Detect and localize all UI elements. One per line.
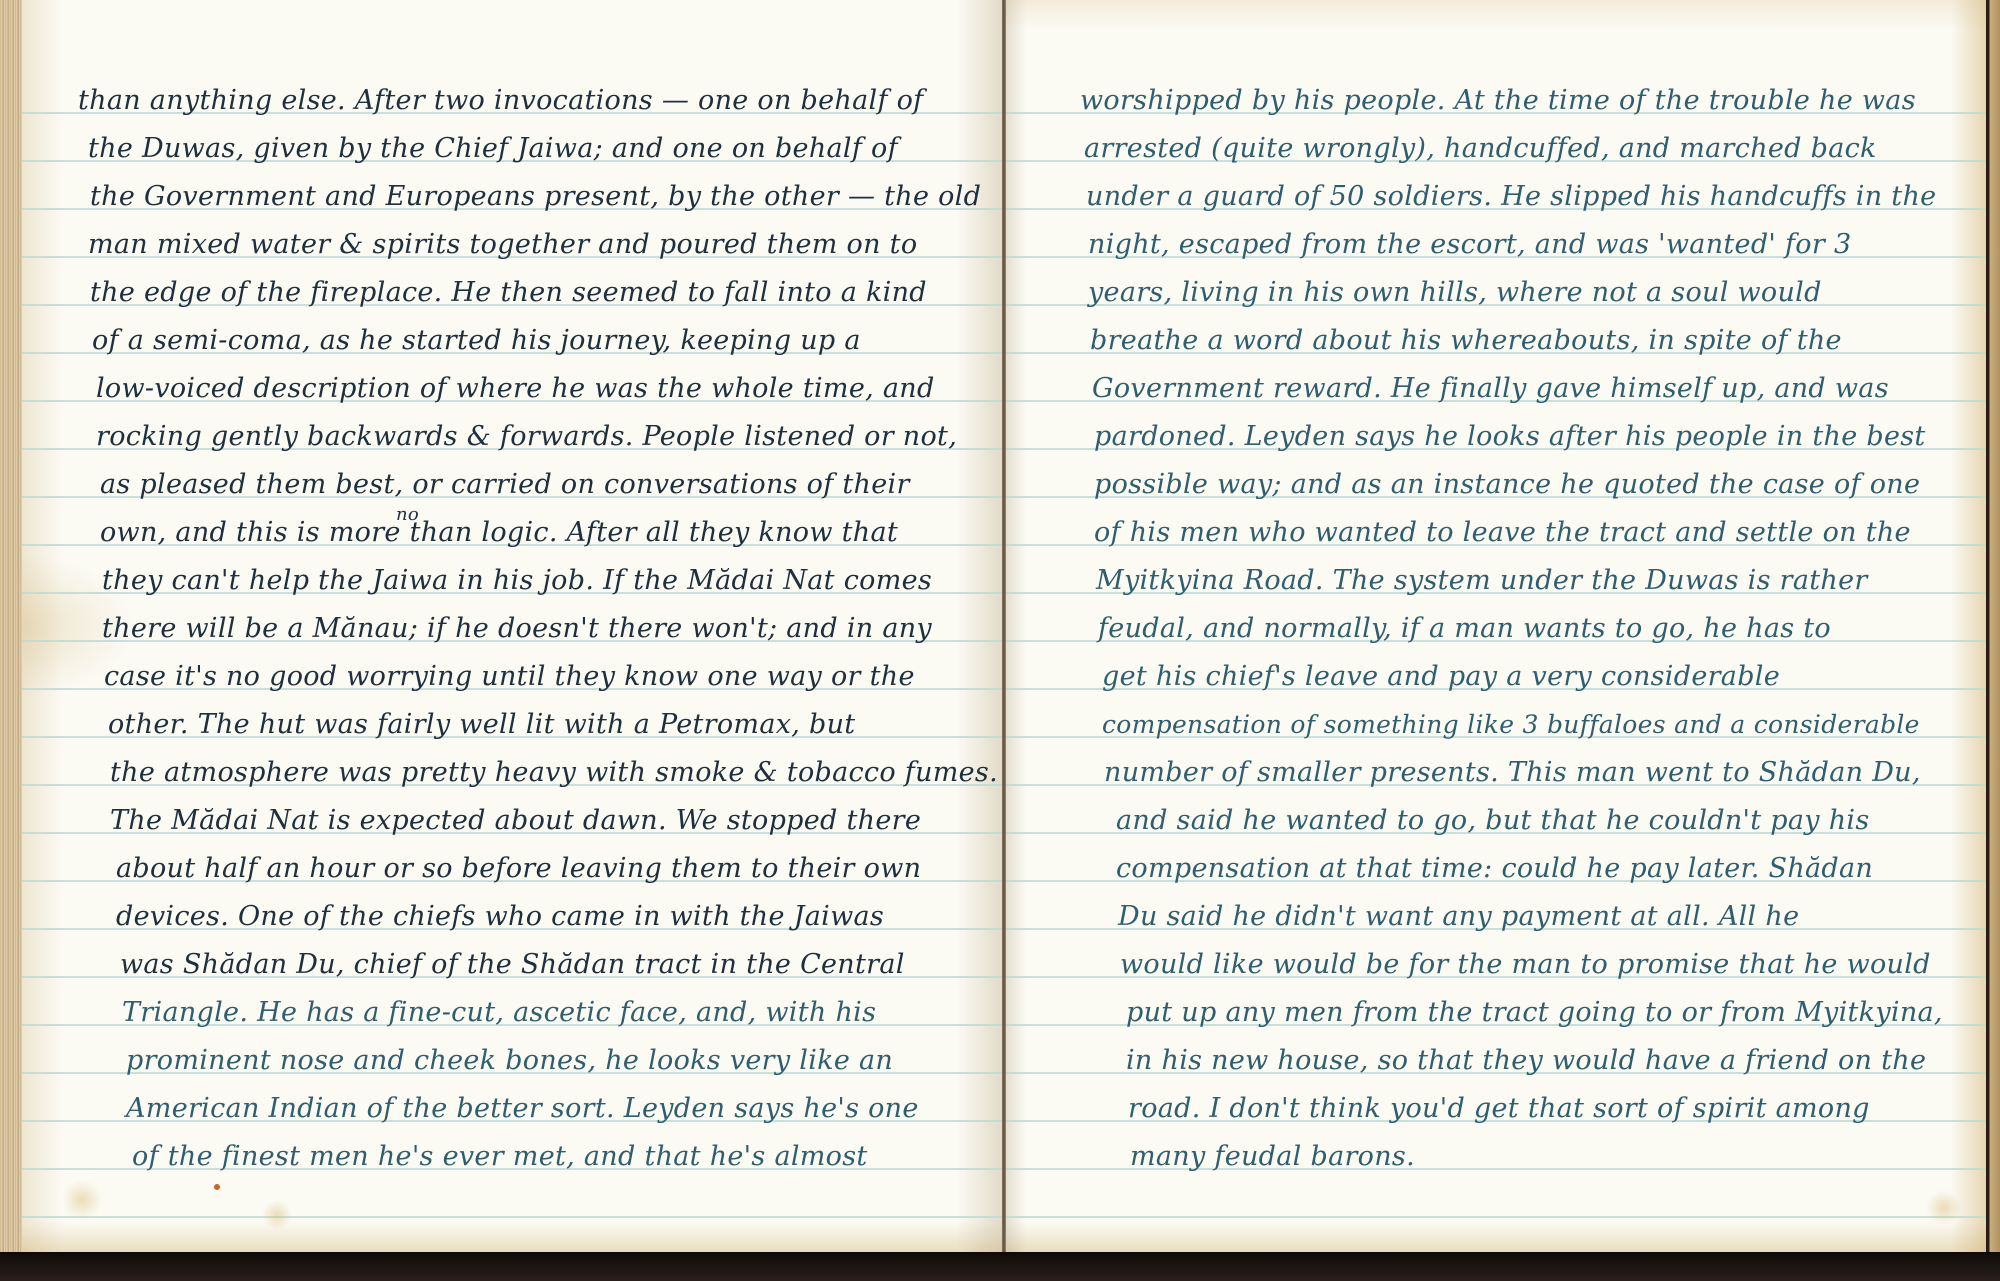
handwritten-line: prominent nose and cheek bones, he looks… <box>126 1046 893 1076</box>
handwritten-line: the atmosphere was pretty heavy with smo… <box>110 758 998 788</box>
handwritten-line: was Shădan Du, chief of the Shădan tract… <box>120 950 905 980</box>
handwritten-line: Triangle. He has a fine-cut, ascetic fac… <box>122 998 876 1028</box>
handwritten-line: of his men who wanted to leave the tract… <box>1094 518 1911 548</box>
handwritten-line: possible way; and as an instance he quot… <box>1094 470 1920 500</box>
handwritten-line: of a semi-coma, as he started his journe… <box>92 326 861 356</box>
handwritten-line: night, escaped from the escort, and was … <box>1088 230 1851 260</box>
handwritten-line: of the finest men he's ever met, and tha… <box>132 1142 868 1172</box>
handwritten-line: many feudal barons. <box>1130 1142 1415 1172</box>
page-stack-edge-right <box>1986 0 2000 1256</box>
handwritten-line: Government reward. He finally gave himse… <box>1092 374 1889 404</box>
handwritten-line: there will be a Mănau; if he doesn't the… <box>102 614 932 644</box>
handwritten-line: road. I don't think you'd get that sort … <box>1128 1094 1870 1124</box>
left-page: than anything else. After two invocation… <box>22 0 1002 1252</box>
handwritten-line: pardoned. Leyden says he looks after his… <box>1094 422 1926 452</box>
handwritten-line-with-insertion: no own, and this is more than logic. Aft… <box>100 518 898 548</box>
handwritten-line: feudal, and normally, if a man wants to … <box>1098 614 1831 644</box>
handwritten-line: compensation of something like 3 buffalo… <box>1102 710 1920 740</box>
notebook-spread: than anything else. After two invocation… <box>0 0 2000 1281</box>
handwritten-line: The Mădai Nat is expected about dawn. We… <box>110 806 921 836</box>
handwritten-line: and said he wanted to go, but that he co… <box>1116 806 1870 836</box>
handwritten-line: the edge of the fireplace. He then seeme… <box>90 278 927 308</box>
handwritten-line: Du said he didn't want any payment at al… <box>1118 902 1799 932</box>
handwritten-line: other. The hut was fairly well lit with … <box>108 710 855 740</box>
caret-insertion: no <box>396 500 419 530</box>
handwritten-line: American Indian of the better sort. Leyd… <box>126 1094 919 1124</box>
handwritten-line: number of smaller presents. This man wen… <box>1104 758 1921 788</box>
handwritten-line: than anything else. After two invocation… <box>78 86 923 116</box>
handwritten-line: low-voiced description of where he was t… <box>96 374 935 404</box>
paper-stain <box>1926 1190 1962 1226</box>
handwritten-line: compensation at that time: could he pay … <box>1116 854 1873 884</box>
handwritten-line: they can't help the Jaiwa in his job. If… <box>102 566 932 596</box>
handwritten-line: get his chief's leave and pay a very con… <box>1102 662 1780 692</box>
handwritten-line: about half an hour or so before leaving … <box>116 854 921 884</box>
handwritten-line: rocking gently backwards & forwards. Peo… <box>96 422 957 452</box>
handwritten-line-text: own, and this is more than logic. After … <box>100 517 898 548</box>
handwritten-line: put up any men from the tract going to o… <box>1126 998 1943 1028</box>
handwritten-line: under a guard of 50 soldiers. He slipped… <box>1086 182 1936 212</box>
ink-spot <box>214 1184 220 1190</box>
handwritten-line: in his new house, so that they would hav… <box>1126 1046 1926 1076</box>
right-page: worshipped by his people. At the time of… <box>1006 0 1986 1252</box>
handwritten-line: devices. One of the chiefs who came in w… <box>116 902 884 932</box>
handwritten-line: man mixed water & spirits together and p… <box>88 230 917 260</box>
paper-stain <box>62 1180 102 1220</box>
handwritten-line: as pleased them best, or carried on conv… <box>100 470 910 500</box>
paper-stain <box>262 1200 292 1230</box>
background-shadow <box>0 1252 2000 1281</box>
handwritten-line: the Duwas, given by the Chief Jaiwa; and… <box>88 134 898 164</box>
handwritten-line: would like would be for the man to promi… <box>1120 950 1931 980</box>
handwritten-line: breathe a word about his whereabouts, in… <box>1090 326 1842 356</box>
handwritten-line: Myitkyina Road. The system under the Duw… <box>1096 566 1868 596</box>
page-stack-edge-left <box>0 0 22 1255</box>
handwritten-line: years, living in his own hills, where no… <box>1088 278 1822 308</box>
handwritten-line: case it's no good worrying until they kn… <box>104 662 915 692</box>
handwritten-line: arrested (quite wrongly), handcuffed, an… <box>1084 134 1877 164</box>
handwritten-line: the Government and Europeans present, by… <box>90 182 981 212</box>
handwritten-line: worshipped by his people. At the time of… <box>1080 86 1916 116</box>
